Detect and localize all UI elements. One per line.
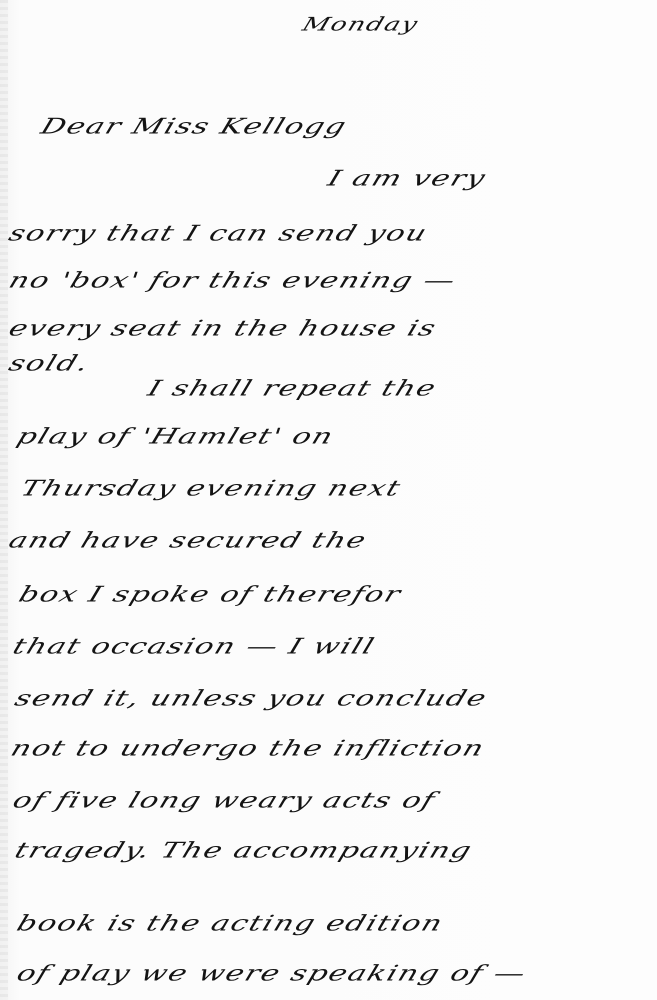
letter-line: sold. bbox=[6, 353, 92, 375]
dateline: Monday bbox=[300, 15, 421, 34]
letter-line: tragedy. The accompanying bbox=[12, 840, 475, 862]
letter-page: Monday Dear Miss Kellogg I am very sorry… bbox=[0, 0, 657, 1000]
letter-line: I am very bbox=[325, 168, 489, 190]
letter-line: that occasion — I will bbox=[10, 636, 378, 658]
letter-line: I shall repeat the bbox=[145, 378, 439, 400]
letter-line: every seat in the house is bbox=[6, 318, 439, 340]
letter-line: no 'box' for this evening — bbox=[6, 270, 459, 292]
letter-line: not to undergo the infliction bbox=[8, 738, 488, 760]
letter-line: book is the acting edition bbox=[14, 913, 446, 935]
letter-line: Thursday evening next bbox=[18, 478, 404, 500]
paper-edge bbox=[0, 0, 8, 1000]
letter-line: box I spoke of therefor bbox=[16, 584, 404, 606]
letter-line: sorry that I can send you bbox=[6, 223, 430, 245]
salutation: Dear Miss Kellogg bbox=[38, 116, 350, 138]
letter-line: of play we were speaking of — bbox=[14, 963, 529, 985]
letter-line: and have secured the bbox=[6, 530, 370, 552]
letter-line: play of 'Hamlet' on bbox=[14, 426, 337, 448]
letter-line: send it, unless you conclude bbox=[12, 688, 490, 710]
letter-line: of five long weary acts of bbox=[10, 790, 438, 812]
